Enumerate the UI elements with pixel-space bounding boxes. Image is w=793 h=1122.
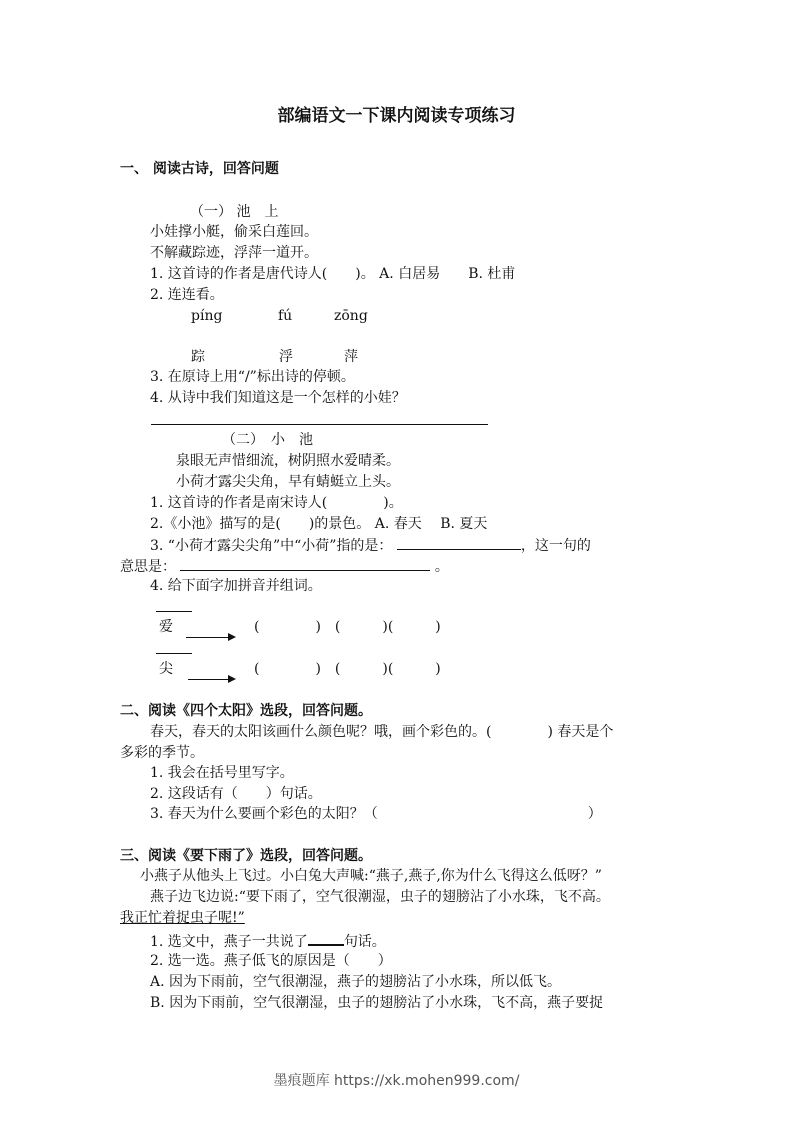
section1-heading: 一、 阅读古诗，回答问题 [120,159,279,179]
poem1-question-3: 3. 在原诗上用“/”标出诗的停顿。 [150,367,355,387]
section2-para-2: 多彩的季节。 [120,743,204,763]
section2-question-3: 3. 春天为什么要画个彩色的太阳？（ ） [150,804,602,824]
char-zong: 踪 [191,347,205,367]
arrow-icon [186,637,234,638]
option-a: A. 因为下雨前，空气很潮湿，燕子的翅膀沾了小水珠，所以低飞。 [150,972,561,992]
footer-watermark: 墨痕题库 https://xk.mohen999.com/ [0,1071,793,1091]
section3-para-3: 我正忙着捉虫子呢!” [120,908,245,928]
section3-question-1: 1. 选文中，燕子一共说了句话。 [150,930,386,952]
section3-para-2: 燕子边飞边说:“要下雨了，空气很潮湿，虫子的翅膀沾了小水珠，飞不高。 [150,887,610,907]
poem1-question-1: 1. 这首诗的作者是唐代诗人( )。 A. 白居易 B. 杜甫 [150,264,515,284]
pinyin-zong: zōng [334,306,368,326]
poem2-question-4: 4. 给下面字加拼音并组词。 [150,576,322,596]
poem1-line-1: 小娃撑小艇，偷采白莲回。 [150,222,318,242]
answer-blank[interactable] [397,535,521,550]
q1-text: 1. 选文中，燕子一共说了 [150,934,308,950]
answer-blank[interactable] [180,556,430,571]
section2-question-2: 2. 这段话有（ ）句话。 [150,784,322,804]
word-char-jian: 尖 [159,659,173,679]
section3-heading: 三、阅读《要下雨了》选段，回答问题。 [120,846,372,866]
char-ping: 萍 [344,347,358,367]
word-char-ai: 爱 [159,617,173,637]
section2-para-1: 春天，春天的太阳该画什么颜色呢？哦，画个彩色的。( ) 春天是个 [150,722,613,742]
page-title: 部编语文一下课内阅读专项练习 [0,106,793,126]
pinyin-line [156,653,192,654]
arrow-icon [188,679,234,680]
q3-text-3: 意思是： [120,559,176,575]
section2-heading: 二、阅读《四个太阳》选段，回答问题。 [120,701,372,721]
poem2-question-1: 1. 这首诗的作者是南宋诗人( )。 [150,493,403,513]
poem2-question-2: 2.《小池》描写的是( )的景色。 A. 春天 B. 夏天 [150,514,487,534]
poem1-line-2: 不解藏踪迹，浮萍一道开。 [150,243,318,263]
pinyin-line [156,611,192,612]
answer-line [151,424,488,425]
char-fu: 浮 [279,347,293,367]
q3-text: 3. “小荷才露尖尖角”中“小荷”指的是： [150,538,392,554]
word-blanks-ai: ( ) ( )( ) [254,617,441,637]
pinyin-ping: píng [191,306,222,326]
poem2-line-1: 泉眼无声惜细流，树阴照水爱晴柔。 [176,451,400,471]
poem1-question-2: 2. 连连看。 [150,285,224,305]
section3-question-2: 2. 选一选。燕子低飞的原因是（ ） [150,951,392,971]
section2-question-1: 1. 我会在括号里写字。 [150,763,294,783]
poem2-question-3-cont: 意思是： 。 [120,556,449,577]
section3-para-1: 小燕子从他头上飞过。小白兔大声喊:“燕子,燕子,你为什么飞得这么低呀？” [140,866,602,886]
q3-text-2: ，这一句的 [521,538,591,554]
q1-text-2: 句话。 [344,934,386,950]
poem2-line-2: 小荷才露尖尖角，早有蜻蜓立上头。 [176,472,400,492]
answer-blank[interactable] [308,930,344,946]
poem2-title: （二） 小 池 [222,430,313,450]
word-blanks-jian: ( ) ( )( ) [254,659,441,679]
pinyin-fu: fú [278,306,292,326]
poem2-question-3: 3. “小荷才露尖尖角”中“小荷”指的是： ，这一句的 [150,535,591,556]
poem1-question-4: 4. 从诗中我们知道这是一个怎样的小娃？ [150,388,406,408]
q3-text-4: 。 [435,559,449,575]
poem1-title: （一） 池 上 [190,202,278,222]
option-b: B. 因为下雨前，空气很潮湿，虫子的翅膀沾了小水珠，飞不高，燕子要捉 [150,993,603,1013]
